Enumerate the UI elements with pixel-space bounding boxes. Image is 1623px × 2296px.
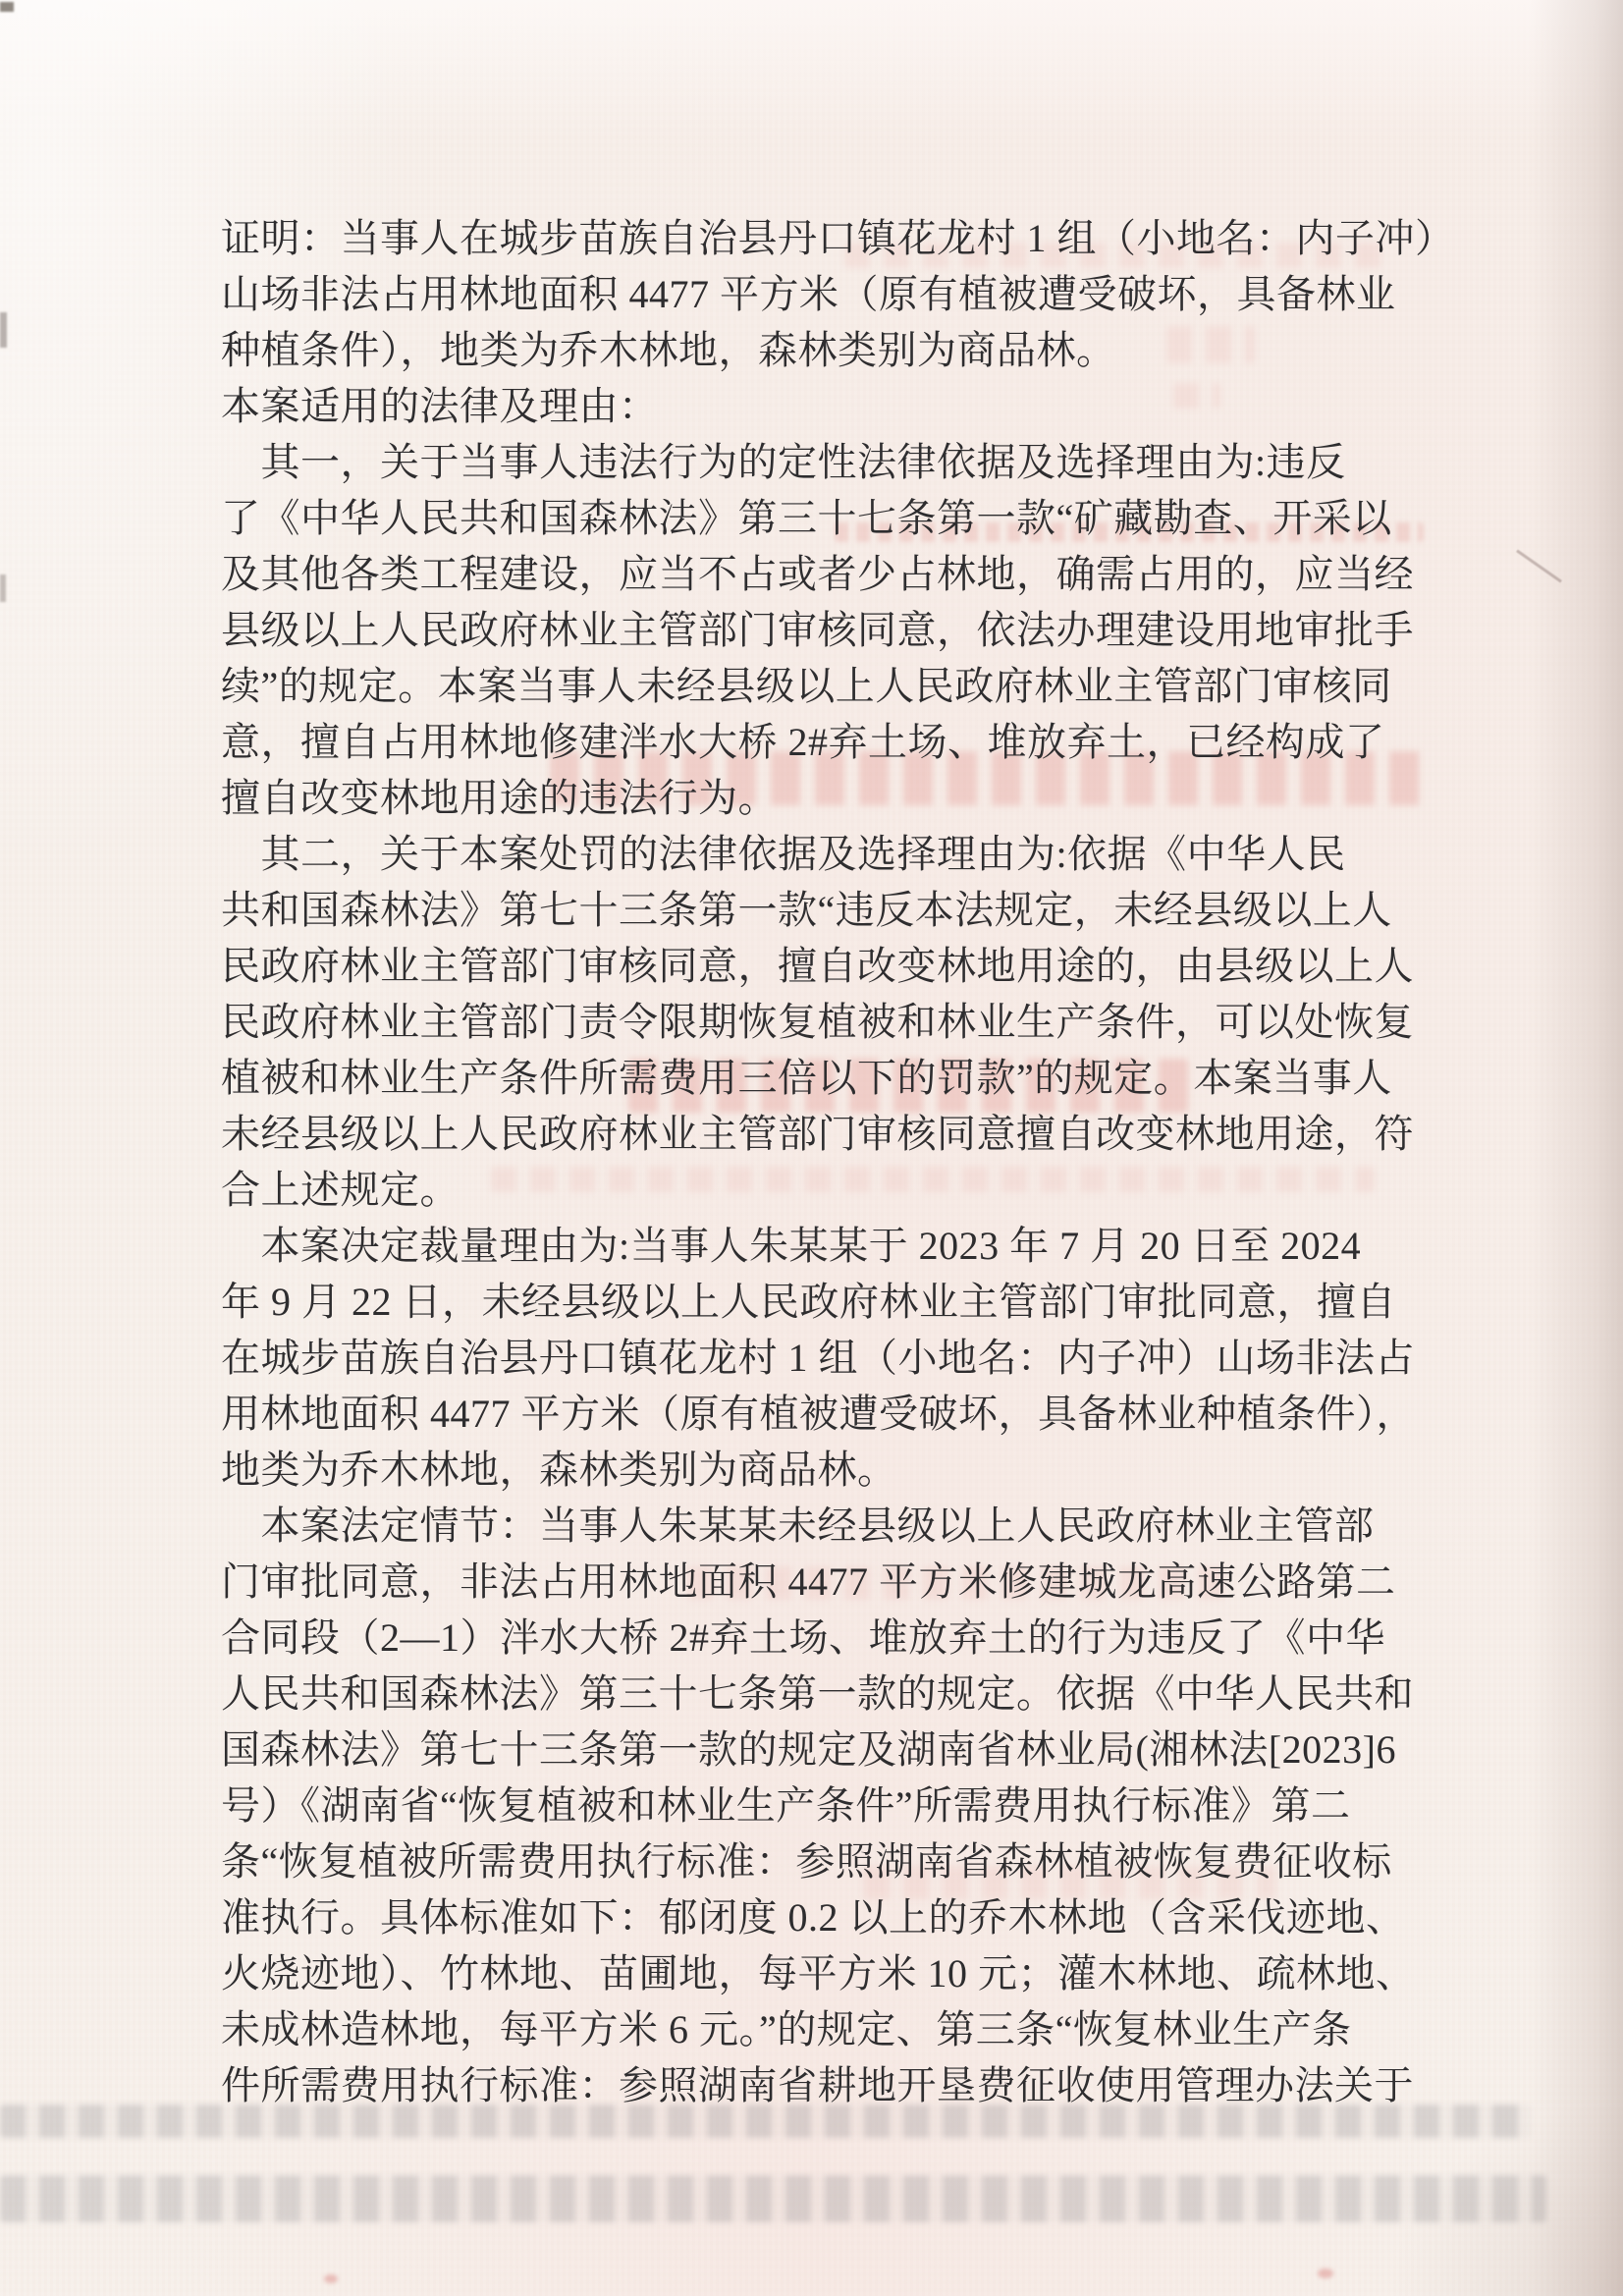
document-line-30: 条“恢复植被所需费用执行标准：参照湖南省森林植被恢复费征收标 bbox=[221, 1833, 1434, 1889]
document-line-21: 在城步苗族自治县丹口镇花龙村 1 组（小地名：内子冲）山场非法占 bbox=[221, 1330, 1434, 1386]
document-line-5: 其一，关于当事人违法行为的定性法律依据及选择理由为:违反 bbox=[221, 434, 1434, 490]
bottom-right-shading bbox=[1387, 2100, 1623, 2296]
document-line-16: 植被和林业生产条件所需费用三倍以下的罚款”的规定。本案当事人 bbox=[221, 1050, 1434, 1106]
document-line-11: 擅自改变林地用途的违法行为。 bbox=[221, 770, 1434, 826]
document-line-8: 县级以上人民政府林业主管部门审核同意，依法办理建设用地审批手 bbox=[221, 602, 1434, 658]
document-line-10: 意，擅自占用林地修建泮水大桥 2#弃土场、堆放弃土，已经构成了 bbox=[221, 714, 1434, 770]
document-line-6: 了《中华人民共和国森林法》第三十七条第一款“矿藏勘查、开采以 bbox=[221, 490, 1434, 546]
document-line-25: 门审批同意，非法占用林地面积 4477 平方米修建城龙高速公路第二 bbox=[221, 1554, 1434, 1610]
document-line-32: 火烧迹地）、竹林地、苗圃地，每平方米 10 元；灌木林地、疏林地、 bbox=[221, 1945, 1434, 2001]
document-line-9: 续”的规定。本案当事人未经县级以上人民政府林业主管部门审核同 bbox=[221, 658, 1434, 714]
pink-speck bbox=[324, 2274, 338, 2283]
document-line-7: 及其他各类工程建设，应当不占或者少占林地，确需占用的，应当经 bbox=[221, 546, 1434, 602]
document-line-31: 准执行。具体标准如下：郁闭度 0.2 以上的乔木林地（含采伐迹地、 bbox=[221, 1889, 1434, 1945]
document-line-12: 其二，关于本案处罚的法律依据及选择理由为:依据《中华人民 bbox=[221, 826, 1434, 882]
document-line-4: 本案适用的法律及理由： bbox=[221, 378, 1434, 434]
document-line-23: 地类为乔木林地，森林类别为商品林。 bbox=[221, 1442, 1434, 1498]
document-line-18: 合上述规定。 bbox=[221, 1162, 1434, 1218]
document-line-1: 证明：当事人在城步苗族自治县丹口镇花龙村 1 组（小地名：内子冲） bbox=[221, 210, 1434, 266]
document-line-20: 年 9 月 22 日，未经县级以上人民政府林业主管部门审批同意，擅自 bbox=[221, 1274, 1434, 1330]
gray-text-ghost bbox=[0, 2175, 1546, 2222]
scan-edge-shadow bbox=[1530, 0, 1623, 2296]
document-line-33: 未成林造林地，每平方米 6 元。”的规定、第三条“恢复林业生产条 bbox=[221, 2001, 1434, 2057]
document-line-28: 国森林法》第七十三条第一款的规定及湖南省林业局(湘林法[2023]6 bbox=[221, 1722, 1434, 1777]
document-line-27: 人民共和国森林法》第三十七条第一款的规定。依据《中华人民共和 bbox=[221, 1666, 1434, 1722]
scanned-document-page: 证明：当事人在城步苗族自治县丹口镇花龙村 1 组（小地名：内子冲）山场非法占用林… bbox=[0, 0, 1623, 2296]
document-text: 证明：当事人在城步苗族自治县丹口镇花龙村 1 组（小地名：内子冲）山场非法占用林… bbox=[221, 210, 1434, 2113]
document-line-2: 山场非法占用林地面积 4477 平方米（原有植被遭受破坏，具备林业 bbox=[221, 266, 1434, 322]
document-line-3: 种植条件），地类为乔木林地，森林类别为商品林。 bbox=[221, 322, 1434, 378]
document-line-22: 用林地面积 4477 平方米（原有植被遭受破坏，具备林业种植条件）， bbox=[221, 1386, 1434, 1442]
document-line-14: 民政府林业主管部门审核同意，擅自改变林地用途的，由县级以上人 bbox=[221, 938, 1434, 994]
document-line-34: 件所需费用执行标准：参照湖南省耕地开垦费征收使用管理办法关于 bbox=[221, 2057, 1434, 2113]
document-line-24: 本案法定情节：当事人朱某某未经县级以上人民政府林业主管部 bbox=[221, 1498, 1434, 1554]
document-line-17: 未经县级以上人民政府林业主管部门审核同意擅自改变林地用途，符 bbox=[221, 1106, 1434, 1162]
document-line-29: 号）《湖南省“恢复植被和林业生产条件”所需费用执行标准》第二 bbox=[221, 1777, 1434, 1833]
document-line-19: 本案决定裁量理由为:当事人朱某某于 2023 年 7 月 20 日至 2024 bbox=[221, 1218, 1434, 1274]
document-line-15: 民政府林业主管部门责令限期恢复植被和林业生产条件，可以处恢复 bbox=[221, 994, 1434, 1050]
document-line-13: 共和国森林法》第七十三条第一款“违反本法规定，未经县级以上人 bbox=[221, 882, 1434, 938]
pink-speck bbox=[1318, 2269, 1333, 2278]
document-line-26: 合同段（2—1）泮水大桥 2#弃土场、堆放弃土的行为违反了《中华 bbox=[221, 1610, 1434, 1666]
